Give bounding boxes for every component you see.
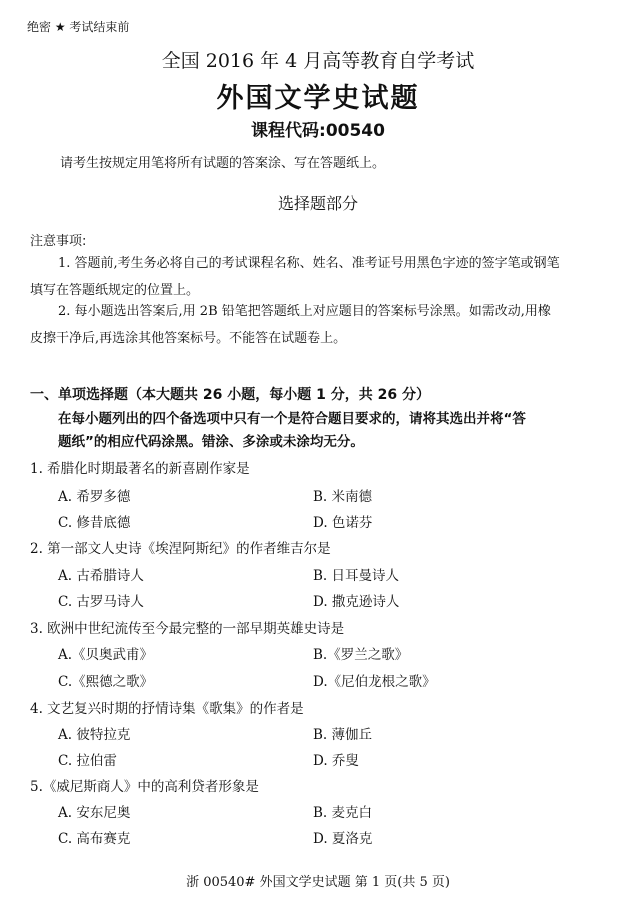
page-footer: 浙 00540# 外国文学史试题 第 1 页(共 5 页) <box>0 871 636 890</box>
page-title: 外国文学史试题 <box>0 76 636 115</box>
question-stem: 3. 欧洲中世纪流传至今最完整的一部早期英雄史诗是 <box>30 617 344 637</box>
option-c: C. 拉伯雷 <box>58 749 117 769</box>
part-one-description: 在每小题列出的四个备选项中只有一个是符合题目要求的，请将其选出并将“答 <box>58 407 526 427</box>
option-c: C. 高布赛克 <box>58 827 130 847</box>
part-one-description-cont: 题纸”的相应代码涂黑。错涂、多涂或未涂均无分。 <box>58 430 364 450</box>
answer-instruction: 请考生按规定用笔将所有试题的答案涂、写在答题纸上。 <box>60 152 385 171</box>
section-title: 选择题部分 <box>0 191 636 214</box>
option-d: D. 撒克逊诗人 <box>313 590 399 610</box>
question-stem: 4. 文艺复兴时期的抒情诗集《歌集》的作者是 <box>30 697 304 717</box>
notes-label: 注意事项: <box>30 230 86 249</box>
option-a: A. 古希腊诗人 <box>58 564 144 584</box>
option-c: C. 古罗马诗人 <box>58 590 144 610</box>
option-d: D.《尼伯龙根之歌》 <box>313 670 436 690</box>
option-d: D. 乔叟 <box>313 749 359 769</box>
question-stem: 5.《威尼斯商人》中的高利贷者形象是 <box>30 775 259 795</box>
option-b: B. 薄伽丘 <box>313 723 372 743</box>
option-b: B.《罗兰之歌》 <box>313 643 408 663</box>
question-stem: 2. 第一部文人史诗《埃涅阿斯纪》的作者维吉尔是 <box>30 537 331 557</box>
option-b: B. 米南德 <box>313 485 372 505</box>
note-item-2-cont: 皮擦干净后,再选涂其他答案标号。不能答在试题卷上。 <box>30 327 346 346</box>
note-item-1: 1. 答题前,考生务必将自己的考试课程名称、姓名、准考证号用黑色字迹的签字笔或钢… <box>58 252 560 271</box>
option-a: A.《贝奥武甫》 <box>58 643 153 663</box>
option-a: A. 安东尼奥 <box>58 801 130 821</box>
note-item-2: 2. 每小题选出答案后,用 2B 铅笔把答题纸上对应题目的答案标号涂黑。如需改动… <box>58 300 551 319</box>
confidential-notice: 绝密 ★ 考试结束前 <box>27 18 129 35</box>
option-c: C. 修昔底德 <box>58 511 130 531</box>
part-one-heading: 一、单项选择题（本大题共 26 小题，每小题 1 分，共 26 分） <box>30 384 430 404</box>
note-item-1-cont: 填写在答题纸规定的位置上。 <box>30 279 199 298</box>
question-stem: 1. 希腊化时期最著名的新喜剧作家是 <box>30 457 250 477</box>
option-a: A. 希罗多德 <box>58 485 130 505</box>
exam-name: 全国 2016 年 4 月高等教育自学考试 <box>0 46 636 73</box>
course-code: 课程代码:00540 <box>0 116 636 141</box>
option-b: B. 麦克白 <box>313 801 372 821</box>
option-d: D. 色诺芬 <box>313 511 372 531</box>
option-d: D. 夏洛克 <box>313 827 372 847</box>
option-a: A. 彼特拉克 <box>58 723 130 743</box>
option-c: C.《熙德之歌》 <box>58 670 153 690</box>
option-b: B. 日耳曼诗人 <box>313 564 399 584</box>
